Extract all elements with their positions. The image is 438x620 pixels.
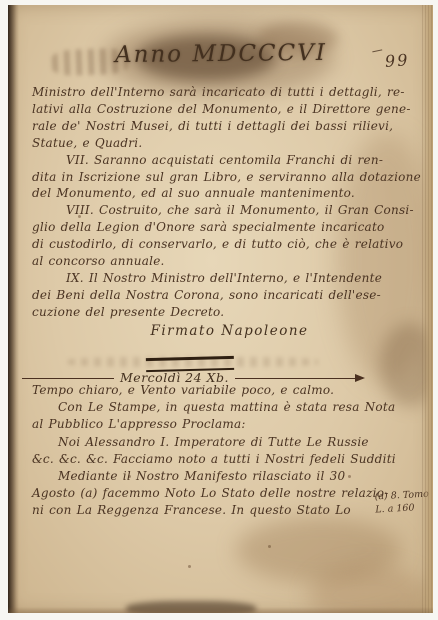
signature-line: Firmato Napoleone bbox=[8, 323, 433, 339]
decree-line-article-vii: VII. Saranno acquistati centomila Franch… bbox=[32, 152, 415, 169]
decree-line: glio della Legion d'Onore sarà specialme… bbox=[32, 219, 415, 236]
journal-line: Con Le Stampe, in questa mattina è stata… bbox=[32, 399, 415, 416]
decree-line: del Monumento, ed al suo annuale manteni… bbox=[32, 185, 415, 202]
journal-line: Agosto (a) facemmo Noto Lo Stato delle n… bbox=[32, 485, 415, 502]
decree-line: rale de' Nostri Musei, di tutti i dettag… bbox=[32, 118, 415, 135]
paper-speck bbox=[188, 565, 191, 568]
paper-speck bbox=[268, 545, 271, 548]
decree-text: Ministro dell'Interno sarà incaricato di… bbox=[32, 84, 415, 321]
decree-line: Ministro dell'Interno sarà incaricato di… bbox=[32, 84, 415, 101]
decree-line: dei Beni della Nostra Corona, sono incar… bbox=[32, 287, 415, 304]
journal-line: &c. &c. &c. Facciamo noto a tutti i Nost… bbox=[32, 451, 415, 468]
journal-line: ni con La Reggenza Francese. In questo S… bbox=[32, 502, 415, 519]
page-header: Anno MDCCCVI bbox=[8, 41, 433, 67]
decree-line: dita in Iscrizione sul gran Libro, e ser… bbox=[32, 169, 415, 186]
paper-stain bbox=[236, 517, 401, 583]
decree-line-article-viii: VIII. Costruito, che sarà il Monumento, … bbox=[32, 202, 415, 219]
manuscript-page: Anno MDCCCVI 99 Ministro dell'Interno sa… bbox=[8, 5, 433, 613]
page-title: Anno MDCCCVI bbox=[114, 40, 326, 68]
book-gutter-shadow bbox=[8, 5, 19, 613]
divider-rule-left bbox=[22, 378, 114, 379]
page-edge-bottom bbox=[8, 607, 433, 613]
journal-line: al Pubblico L'appresso Proclama: bbox=[32, 416, 415, 433]
journal-text: Tempo chiaro, e Vento variabile poco, e … bbox=[32, 382, 415, 520]
journal-line: Mediante il Nostro Manifesto rilasciato … bbox=[32, 468, 415, 485]
journal-line: Tempo chiaro, e Vento variabile poco, e … bbox=[32, 382, 415, 399]
decree-line-article-ix: IX. Il Nostro Ministro dell'Interno, e l… bbox=[32, 270, 415, 287]
page-number: 99 bbox=[384, 50, 410, 71]
divider-rule-right bbox=[235, 378, 363, 379]
scanned-book-photo: Anno MDCCCVI 99 Ministro dell'Interno sa… bbox=[0, 0, 438, 620]
decree-line: al concorso annuale. bbox=[32, 253, 415, 270]
decree-line: di custodirlo, di conservarlo, e di tutt… bbox=[32, 236, 415, 253]
decree-line: lativi alla Costruzione del Monumento, e… bbox=[32, 101, 415, 118]
decree-line: Statue, e Quadri. bbox=[32, 135, 415, 152]
decree-line: cuzione del presente Decreto. bbox=[32, 304, 415, 321]
journal-line: Noi Alessandro I. Imperatore di Tutte Le… bbox=[32, 434, 415, 451]
paper-stain bbox=[308, 565, 428, 613]
page-edge-right bbox=[422, 5, 433, 613]
